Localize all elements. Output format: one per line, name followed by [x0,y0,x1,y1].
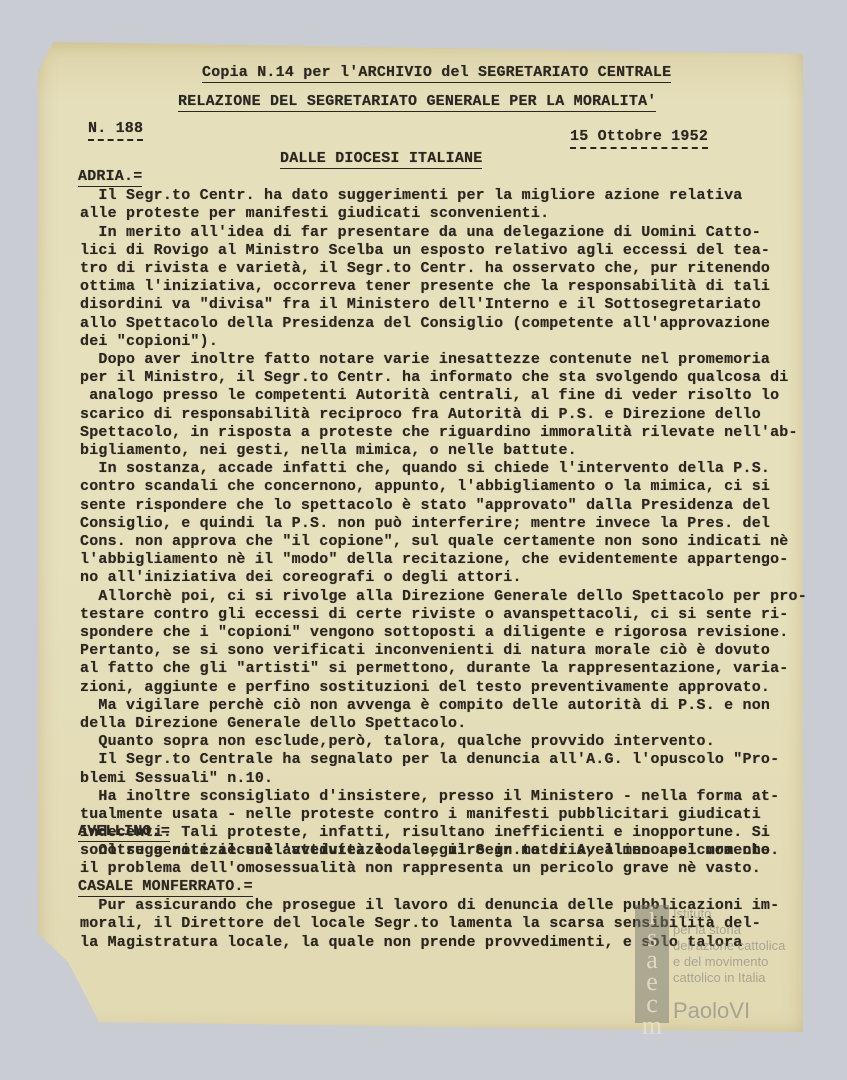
watermark-logo: isaecm [635,905,669,1023]
section-heading: AVELLINO.= [78,823,170,842]
text-line: indecenti. Tali proteste, infatti, risul… [80,824,770,841]
text-line: Consiglio, e quindi la P.S. non può inte… [80,515,770,532]
watermark-line: per la storia [673,923,741,937]
text-line: spondere che i "copioni" vengono sottopo… [80,624,789,641]
text-line: Ma vigilare perchè ciò non avvenga è com… [80,697,770,714]
report-date: 15 Ottobre 1952 [570,128,708,149]
text-line: tualmente usata - nelle proteste contro … [80,806,761,823]
text-line: bigliamento, nei gesti, nella mimica, o … [80,442,577,459]
watermark-line: e del movimento [673,955,768,969]
text-line: scarico di responsabilità reciproco fra … [80,406,761,423]
text-line: Pertanto, se si sono verificati inconven… [80,642,770,659]
text-line: per il Ministro, il Segr.to Centr. ha in… [80,369,789,386]
text-line: l'abbigliamento nè il "modo" della recit… [80,551,789,568]
text-line: In sostanza, accade infatti che, quando … [80,460,770,477]
text-line: In merito all'idea di far presentare da … [80,224,761,241]
text-line: Quanto sopra non esclude,però, talora, q… [80,733,715,750]
text-line: ottima l'iniziativa, occorreva tener pre… [80,278,770,295]
watermark-line: cattolico in Italia [673,971,766,985]
text-line: al fatto che gli "artisti" si permettono… [80,660,789,677]
text-line: contro scandali che concernono, appunto,… [80,478,770,495]
text-line: alle proteste per manifesti giudicati sc… [80,205,549,222]
section-heading: ADRIA.= [78,168,142,187]
text-line: dei "copioni"). [80,333,218,350]
text-line: Spettacolo, in risposta a proteste che r… [80,424,798,441]
text-line: analogo presso le competenti Autorità ce… [80,387,779,404]
text-line: zioni, aggiunte e perfino sostituzioni d… [80,679,770,696]
text-line: lici di Rovigo al Ministro Scelba un esp… [80,242,770,259]
text-line: Cons. non approva che "il copione", sul … [80,533,789,550]
text-line: testare contro gli eccessi di certe rivi… [80,606,789,623]
section-title: DALLE DIOCESI ITALIANE [280,150,482,169]
text-line: Dopo aver inoltre fatto notare varie ine… [80,351,770,368]
archive-watermark: isaecm Istituto per la storia dell'azion… [635,905,805,1025]
text-line: Ha inoltre sconsigliato d'insistere, pre… [80,788,779,805]
watermark-line: dell'azione cattolica [673,939,785,953]
text-line: sente rispondere che lo spettacolo è sta… [80,497,770,514]
text-line: il problema dell'omosessualità non rappr… [80,860,761,877]
text-line: Il Segr.to Centrale ha segnalato per la … [80,751,779,768]
text-line: Oltre a notizie sull'attività locale, il… [80,842,770,859]
text-line: Allorchè poi, ci si rivolge alla Direzio… [80,588,807,605]
report-number: N. 188 [88,120,143,141]
text-line: disordini va "divisa" fra il Ministero d… [80,296,761,313]
copy-line: Copia N.14 per l'ARCHIVIO del SEGRETARIA… [202,64,671,83]
text-line: della Direzione Generale dello Spettacol… [80,715,466,732]
watermark-line: Istituto [673,907,711,921]
text-line: no all'iniziativa dei coreografi o degli… [80,569,522,586]
text-line: Il Segr.to Centr. ha dato suggerimenti p… [80,187,743,204]
watermark-name: PaoloVI [673,998,750,1024]
report-title: RELAZIONE DEL SEGRETARIATO GENERALE PER … [178,93,656,112]
text-line: allo Spettacolo della Presidenza del Con… [80,315,770,332]
text-line: tro di rivista e varietà, il Segr.to Cen… [80,260,770,277]
text-line: blemi Sessuali" n.10. [80,770,273,787]
section-heading: CASALE MONFERRATO.= [78,878,253,897]
